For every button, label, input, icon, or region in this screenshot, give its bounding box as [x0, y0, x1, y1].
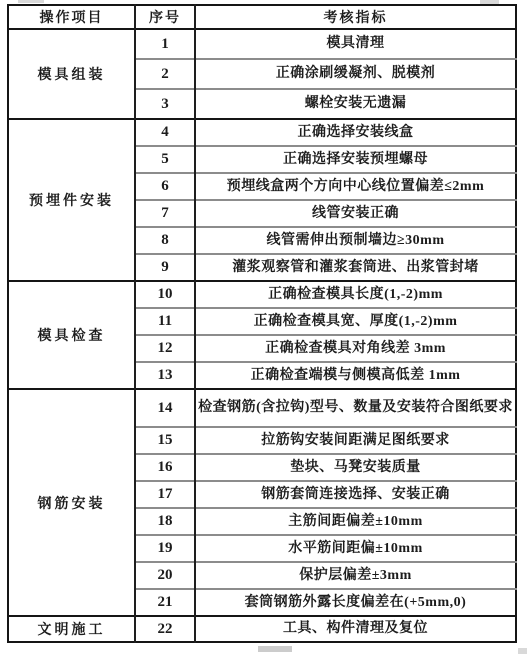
group-1: 预埋件安装4正确选择安装线盒5正确选择安装预埋螺母6预埋线盒两个方向中心线位置偏… — [8, 119, 516, 281]
table-row: 模具检查10正确检查模具长度(1,-2)mm — [8, 281, 516, 308]
serial-number-cell: 3 — [135, 89, 195, 119]
assessment-indicator-cell: 正确检查模具长度(1,-2)mm — [195, 281, 516, 308]
assessment-indicator-cell: 套筒钢筋外露长度偏差在(+5mm,0) — [195, 589, 516, 616]
serial-number-cell: 7 — [135, 200, 195, 227]
operation-item-cell: 模具组装 — [8, 29, 135, 119]
assessment-indicator-cell: 拉筋钩安装间距满足图纸要求 — [195, 427, 516, 454]
operation-item-cell: 模具检查 — [8, 281, 135, 389]
assessment-indicator-cell: 水平筋间距偏±10mm — [195, 535, 516, 562]
serial-number-cell: 13 — [135, 362, 195, 389]
serial-number-cell: 10 — [135, 281, 195, 308]
assessment-indicator-cell: 正确检查模具宽、厚度(1,-2)mm — [195, 308, 516, 335]
assessment-indicator-table: 操作项目 序号 考核指标 模具组装1模具清理2正确涂刷缓凝剂、脱模剂3螺栓安装无… — [7, 4, 517, 643]
assessment-indicator-cell: 保护层偏差±3mm — [195, 562, 516, 589]
scan-artifact-bottom-center — [258, 646, 292, 652]
assessment-indicator-cell: 正确检查模具对角线差 3mm — [195, 335, 516, 362]
group-3: 钢筋安装14检查钢筋(含拉钩)型号、数量及安装符合图纸要求15拉筋钩安装间距满足… — [8, 389, 516, 616]
scan-artifact-bottom-right — [518, 648, 527, 654]
table-row: 预埋件安装4正确选择安装线盒 — [8, 119, 516, 146]
serial-number-cell: 21 — [135, 589, 195, 616]
serial-number-cell: 18 — [135, 508, 195, 535]
column-header-operation-item: 操作项目 — [8, 5, 135, 29]
assessment-indicator-cell: 检查钢筋(含拉钩)型号、数量及安装符合图纸要求 — [195, 389, 516, 427]
assessment-indicator-cell: 正确选择安装预埋螺母 — [195, 146, 516, 173]
group-2: 模具检查10正确检查模具长度(1,-2)mm11正确检查模具宽、厚度(1,-2)… — [8, 281, 516, 389]
assessment-indicator-cell: 工具、构件清理及复位 — [195, 616, 516, 642]
assessment-indicator-cell: 正确涂刷缓凝剂、脱模剂 — [195, 59, 516, 89]
column-header-assessment-indicator: 考核指标 — [195, 5, 516, 29]
group-4: 文明施工22工具、构件清理及复位 — [8, 616, 516, 642]
assessment-indicator-cell: 螺栓安装无遗漏 — [195, 89, 516, 119]
serial-number-cell: 19 — [135, 535, 195, 562]
assessment-indicator-cell: 正确检查端模与侧模高低差 1mm — [195, 362, 516, 389]
serial-number-cell: 11 — [135, 308, 195, 335]
operation-item-cell: 预埋件安装 — [8, 119, 135, 281]
serial-number-cell: 20 — [135, 562, 195, 589]
assessment-indicator-cell: 正确选择安装线盒 — [195, 119, 516, 146]
assessment-indicator-cell: 线管需伸出预制墙边≥30mm — [195, 227, 516, 254]
column-header-serial-number: 序号 — [135, 5, 195, 29]
scanned-document-page: 操作项目 序号 考核指标 模具组装1模具清理2正确涂刷缓凝剂、脱模剂3螺栓安装无… — [0, 0, 527, 654]
assessment-indicator-cell: 钢筋套筒连接选择、安装正确 — [195, 481, 516, 508]
assessment-indicator-cell: 主筋间距偏差±10mm — [195, 508, 516, 535]
serial-number-cell: 17 — [135, 481, 195, 508]
table-row: 钢筋安装14检查钢筋(含拉钩)型号、数量及安装符合图纸要求 — [8, 389, 516, 427]
group-0: 模具组装1模具清理2正确涂刷缓凝剂、脱模剂3螺栓安装无遗漏 — [8, 29, 516, 119]
operation-item-cell: 文明施工 — [8, 616, 135, 642]
table-row: 文明施工22工具、构件清理及复位 — [8, 616, 516, 642]
serial-number-cell: 9 — [135, 254, 195, 281]
serial-number-cell: 16 — [135, 454, 195, 481]
assessment-indicator-cell: 模具清理 — [195, 29, 516, 59]
serial-number-cell: 2 — [135, 59, 195, 89]
assessment-indicator-cell: 垫块、马凳安装质量 — [195, 454, 516, 481]
assessment-indicator-cell: 灌浆观察管和灌浆套筒进、出浆管封堵 — [195, 254, 516, 281]
table-row: 模具组装1模具清理 — [8, 29, 516, 59]
assessment-indicator-cell: 预埋线盒两个方向中心线位置偏差≤2mm — [195, 173, 516, 200]
serial-number-cell: 22 — [135, 616, 195, 642]
serial-number-cell: 14 — [135, 389, 195, 427]
table-header-row: 操作项目 序号 考核指标 — [8, 5, 516, 29]
serial-number-cell: 6 — [135, 173, 195, 200]
scan-artifact-top-left — [18, 0, 44, 3]
assessment-indicator-cell: 线管安装正确 — [195, 200, 516, 227]
serial-number-cell: 15 — [135, 427, 195, 454]
serial-number-cell: 4 — [135, 119, 195, 146]
serial-number-cell: 5 — [135, 146, 195, 173]
serial-number-cell: 8 — [135, 227, 195, 254]
serial-number-cell: 12 — [135, 335, 195, 362]
serial-number-cell: 1 — [135, 29, 195, 59]
operation-item-cell: 钢筋安装 — [8, 389, 135, 616]
